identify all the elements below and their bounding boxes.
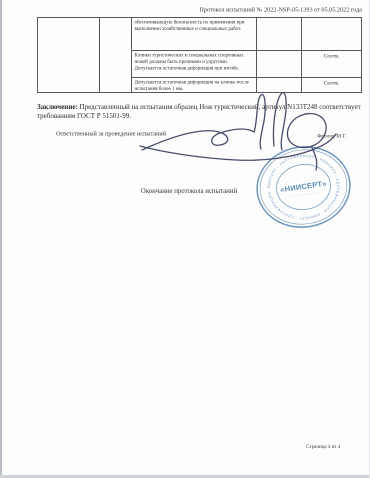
signature-stroke bbox=[287, 114, 326, 148]
signature-stroke bbox=[273, 93, 286, 150]
protocol-header-text: Протокол испытаний № 2022-NSP-05-1393 от… bbox=[37, 6, 362, 14]
signature-stroke bbox=[254, 94, 265, 149]
result-cell: Соотв. bbox=[301, 50, 361, 77]
signature-stroke bbox=[142, 129, 254, 150]
requirement-cell: обеспечивающую безопасность их применени… bbox=[132, 18, 256, 50]
protocol-ending-line: Окончание протокола испытаний bbox=[4, 187, 370, 203]
table-cell-reference bbox=[99, 18, 131, 92]
table-row: обеспечивающую безопасность их применени… bbox=[131, 18, 256, 50]
conclusion-label: Заключение: bbox=[37, 104, 78, 112]
table-cell-empty bbox=[256, 18, 301, 50]
protocol-header: Протокол испытаний № 2022-NSP-05-1393 от… bbox=[37, 6, 362, 16]
page-number: Страница 4 из 4 bbox=[258, 444, 340, 455]
scanned-protocol-page: Протокол испытаний № 2022-NSP-05-1393 от… bbox=[0, 0, 370, 478]
table-row: Клинки туристических и специальных спорт… bbox=[131, 50, 256, 77]
page-edge-left bbox=[0, 0, 2, 478]
table-cell-empty bbox=[256, 50, 301, 77]
signature-ink bbox=[128, 84, 368, 174]
requirement-cell: Клинки туристических и специальных спорт… bbox=[132, 51, 256, 77]
signature-stroke bbox=[312, 148, 317, 170]
result-cell bbox=[301, 18, 361, 50]
table-cell-number bbox=[38, 18, 99, 92]
test-results-table: обеспечивающую безопасность их применени… bbox=[37, 17, 362, 93]
